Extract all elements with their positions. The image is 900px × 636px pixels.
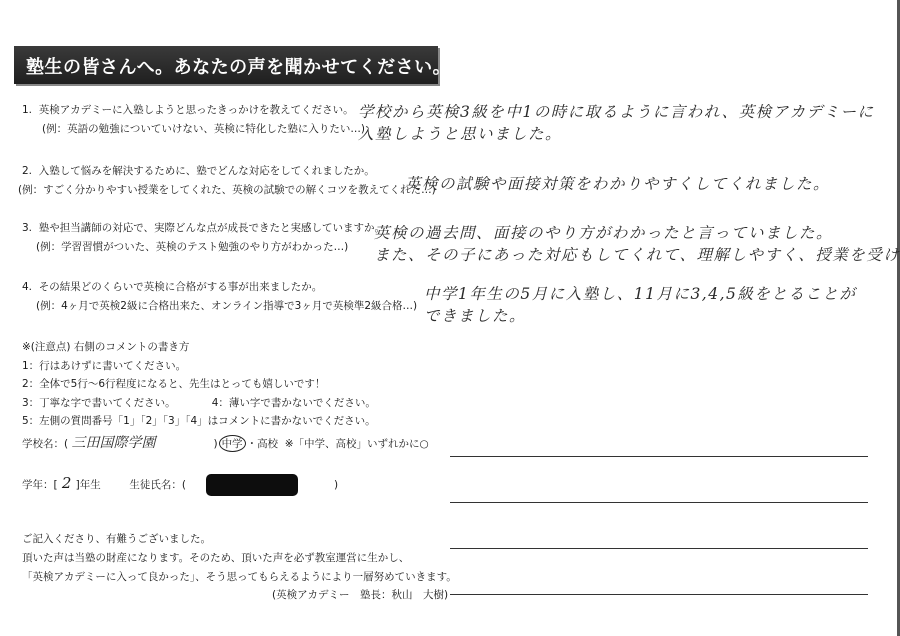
- school-instruction: ※「中学、高校」いずれかに○: [285, 438, 429, 450]
- question-title: 3. 塾や担当講師の対応で、実際どんな点が成長できたと実感していますか。: [22, 219, 385, 238]
- signature: (英検アカデミー 塾長：秋山 大樹): [272, 587, 448, 602]
- answer-4: 中学1年生の5月に入塾し、11月に3,4,5級をとることが できました。: [424, 283, 856, 327]
- school-field: 学校名：( 三田国際学園)中学・高校 ※「中学、高校」いずれかに○: [22, 432, 429, 452]
- option-junior-high-circled[interactable]: 中学: [219, 435, 246, 452]
- ruled-line: [450, 456, 868, 457]
- question-title: 4. その結果どのくらいで英検に合格がする事が出来ましたか。: [22, 278, 417, 297]
- notes-heading: ※(注意点) 右側のコメントの書き方: [22, 338, 376, 357]
- note-item: 5：左側の質問番号「1」「2」「3」「4」はコメントに書かないでください。: [22, 412, 376, 431]
- ruled-line: [450, 548, 868, 549]
- grade-value[interactable]: 2: [58, 474, 76, 492]
- question-example: (例：学習習慣がついた、英検のテスト勉強のやり方がわかった…): [22, 238, 385, 257]
- header-banner: 塾生の皆さんへ。あなたの声を聞かせてください。: [14, 46, 438, 84]
- school-name-value[interactable]: 三田国際学園: [71, 432, 213, 452]
- answer-2: 英検の試験や面接対策をわかりやすくしてくれました。: [405, 173, 830, 195]
- question-example: (例：4ヶ月で英検2級に合格出来た、オンライン指導で3ヶ月で英検準2級合格…): [22, 297, 417, 316]
- ruled-line: [450, 502, 868, 503]
- question-4: 4. その結果どのくらいで英検に合格がする事が出来ましたか。 (例：4ヶ月で英検…: [22, 278, 417, 316]
- grade-label: 学年：[: [22, 479, 58, 491]
- writing-notes: ※(注意点) 右側のコメントの書き方 1：行はあけずに書いてください。 2：全体…: [22, 338, 376, 431]
- student-name-label: 生徒氏名：(: [129, 479, 186, 491]
- note-item: 1：行はあけずに書いてください。: [22, 357, 376, 376]
- question-example: (例：すごく分かりやすい授業をしてくれた、英検の試験での解くコツを教えてくれた……: [18, 181, 436, 200]
- note-item: 3：丁寧な字で書いてください。4：薄い字で書かないでください。: [22, 394, 376, 413]
- closing-message: ご記入くださり、有難うございました。 頂いた声は当塾の財産になります。そのため、…: [22, 530, 457, 587]
- page-title: 塾生の皆さんへ。あなたの声を聞かせてください。: [26, 53, 451, 79]
- ruled-line: [450, 594, 868, 595]
- school-label: 学校名：(: [22, 438, 68, 450]
- question-title: 1. 英検アカデミーに入塾しようと思ったきっかけを教えてください。: [22, 101, 365, 120]
- grade-field: 学年：[2]年生 生徒氏名：(): [22, 474, 338, 496]
- student-name-redacted: [206, 474, 298, 496]
- question-2: 2. 入塾して悩みを解決するために、塾でどんな対応をしてくれましたか。 (例：す…: [22, 162, 436, 200]
- option-high-school[interactable]: 高校: [257, 438, 278, 450]
- note-item: 2：全体で5行～6行程度になると、先生はとっても嬉しいです！: [22, 375, 376, 394]
- question-title: 2. 入塾して悩みを解決するために、塾でどんな対応をしてくれましたか。: [22, 162, 436, 181]
- question-1: 1. 英検アカデミーに入塾しようと思ったきっかけを教えてください。 (例：英語の…: [22, 101, 365, 139]
- question-example: (例：英語の勉強についていけない、英検に特化した塾に入りたい…): [22, 120, 365, 139]
- question-3: 3. 塾や担当講師の対応で、実際どんな点が成長できたと実感していますか。 (例：…: [22, 219, 385, 257]
- answer-3: 英検の過去問、面接のやり方がわかったと言っていました。 また、その子にあった対応…: [374, 222, 900, 266]
- answer-1: 学校から英検3級を中1の時に取るように言われ、英検アカデミーに 入塾しようと思い…: [358, 101, 875, 145]
